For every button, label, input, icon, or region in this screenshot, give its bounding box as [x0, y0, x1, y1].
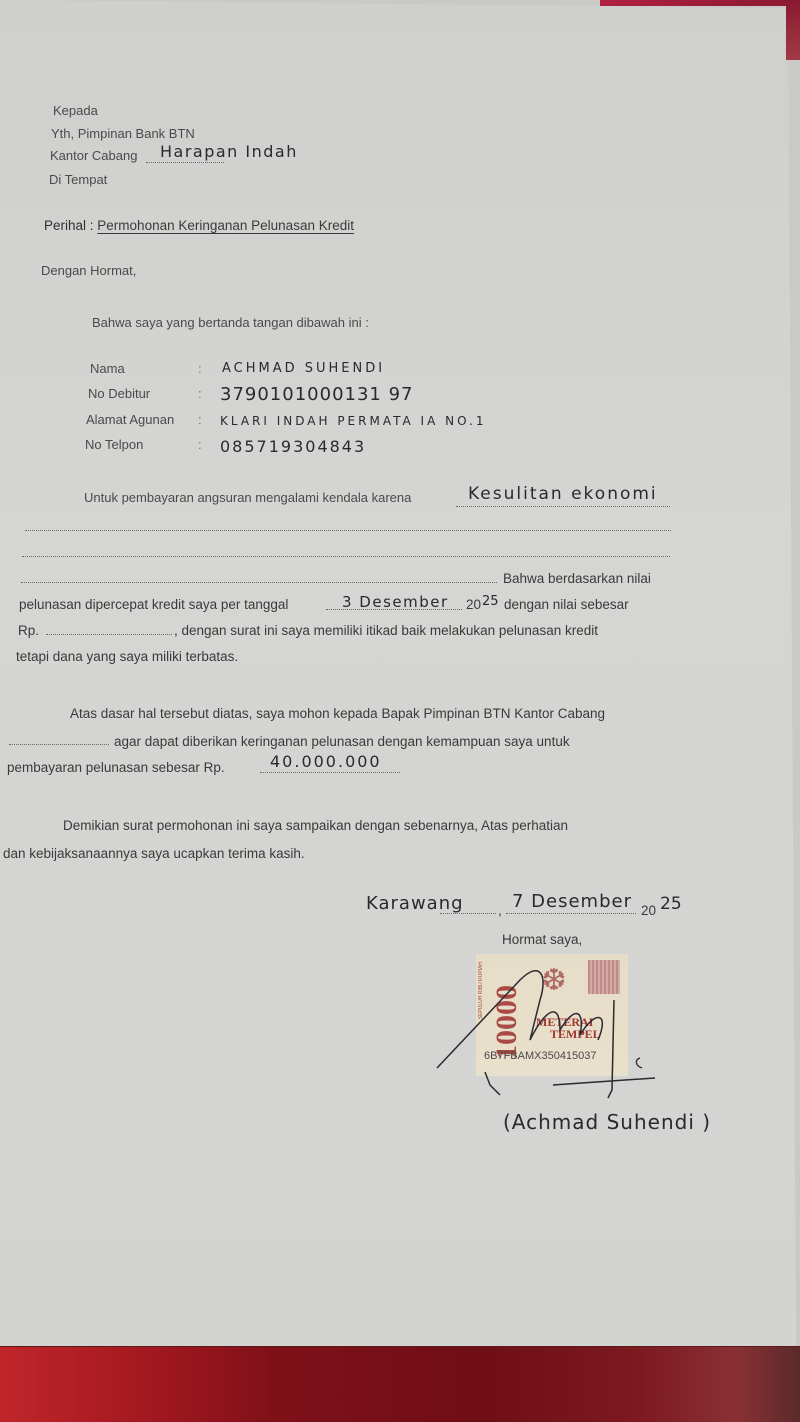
stamp-title: METERAI TEMPEL: [536, 1016, 601, 1040]
subject-line: Perihal : Permohonan Keringanan Pelunasa…: [44, 218, 354, 233]
para1-tail: Bahwa berdasarkan nilai: [503, 571, 651, 586]
sign-date-handwritten: 7 Desember: [512, 891, 632, 912]
meterai-stamp: SEPULUH RIBU RUPIAH 10000 ❆ METERAI TEMP…: [476, 954, 628, 1076]
red-background-surface: [0, 1346, 800, 1422]
field-colon: :: [198, 412, 202, 427]
regards: Hormat saya,: [502, 932, 582, 947]
payoff-date-handwritten: 3 Desember: [342, 593, 449, 611]
blank-dotted-line: [25, 530, 671, 531]
branch-label: Kantor Cabang: [50, 148, 137, 163]
branch-dotted-line: [146, 162, 224, 163]
sign-year-handwritten: 25: [660, 894, 682, 914]
field-value-alamat: KLARI INDAH PERMATA IA NO.1: [220, 414, 486, 428]
field-colon: :: [198, 437, 202, 452]
field-value-telpon: 085719304843: [220, 437, 366, 456]
field-colon: :: [198, 361, 202, 376]
background-edge-right: [786, 0, 800, 60]
garuda-icon: ❆: [538, 962, 570, 1000]
para2-line2: agar dapat diberikan keringanan pelunasa…: [114, 734, 570, 749]
stamp-pattern: [588, 960, 620, 994]
reason-dotted-line: [456, 506, 670, 507]
para1-line3-prefix: Rp.: [18, 623, 39, 638]
recipient-line-kepada: Kepada: [53, 103, 98, 118]
year-handwritten: 25: [482, 594, 499, 609]
recipient-line-tempat: Di Tempat: [49, 172, 107, 187]
salutation: Dengan Hormat,: [41, 263, 136, 278]
comma: ,: [498, 903, 502, 918]
requested-amount-handwritten: 40.000.000: [270, 752, 382, 771]
amount-dotted-line: [46, 634, 172, 635]
branch-handwritten: Harapan Indah: [160, 142, 298, 161]
intro-text: Bahwa saya yang bertanda tangan dibawah …: [92, 315, 369, 330]
field-label-telpon: No Telpon: [85, 437, 143, 452]
city-handwritten: Karawang: [366, 893, 464, 914]
subject-text: Permohonan Keringanan Pelunasan Kredit: [97, 218, 354, 233]
field-label-nama: Nama: [90, 361, 125, 376]
amount2-dotted-line: [260, 772, 400, 773]
background-edge: [600, 0, 800, 6]
stamp-title-line2: TEMPEL: [536, 1028, 601, 1040]
para1-line3-suffix: , dengan surat ini saya memiliki itikad …: [174, 623, 598, 638]
field-label-alamat: Alamat Agunan: [86, 412, 174, 427]
reason-handwritten: Kesulitan ekonomi: [468, 484, 658, 504]
field-label-debitur: No Debitur: [88, 386, 150, 401]
sign-date-dotted-line: [506, 913, 636, 914]
field-value-nama: ACHMAD SUHENDI: [222, 361, 385, 376]
signer-name: (Achmad Suhendi ): [503, 1110, 711, 1134]
sign-year-prefix: 20: [641, 903, 656, 918]
para2-line3-prefix: pembayaran pelunasan sebesar Rp.: [7, 760, 225, 775]
reason-text: Untuk pembayaran angsuran mengalami kend…: [84, 490, 411, 505]
blank-dotted-line: [21, 582, 497, 583]
stamp-side-text: SEPULUH RIBU RUPIAH: [478, 962, 484, 1019]
branch2-dotted-line: [9, 744, 109, 745]
closing-line1: Demikian surat permohonan ini saya sampa…: [63, 818, 568, 833]
field-colon: :: [198, 386, 202, 401]
field-value-debitur: 3790101000131 97: [220, 384, 414, 405]
year-prefix: 20: [466, 597, 481, 612]
blank-dotted-line: [22, 556, 670, 557]
para1-line4: tetapi dana yang saya miliki terbatas.: [16, 649, 238, 664]
letter-paper: [0, 0, 796, 1346]
para2-line1: Atas dasar hal tersebut diatas, saya moh…: [70, 706, 605, 721]
para1-line2-prefix: pelunasan dipercepat kredit saya per tan…: [19, 597, 288, 612]
stamp-serial: 6B7FBAMX350415037: [484, 1050, 597, 1062]
stamp-denomination: 10000: [490, 960, 520, 1060]
recipient-line-bank: Yth, Pimpinan Bank BTN: [51, 126, 195, 141]
para1-line2-suffix: dengan nilai sebesar: [504, 597, 629, 612]
subject-label: Perihal :: [44, 218, 94, 233]
closing-line2: dan kebijaksanaannya saya ucapkan terima…: [3, 846, 305, 861]
